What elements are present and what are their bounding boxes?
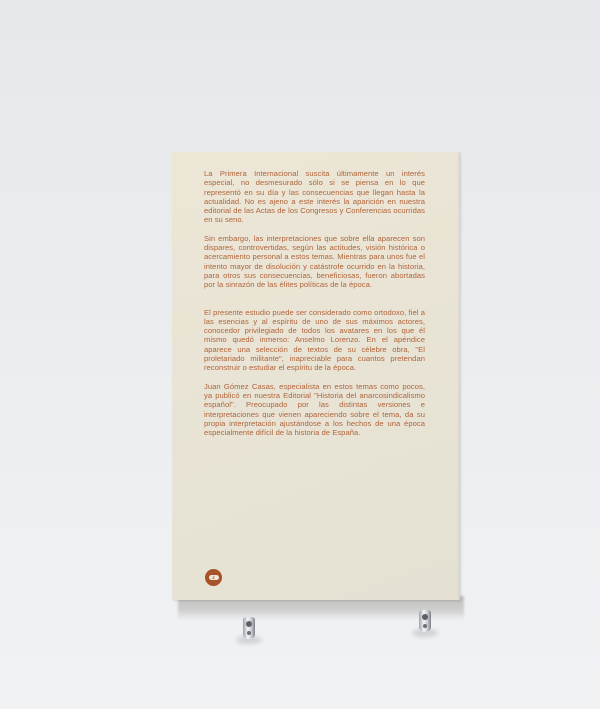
stand-clip-right — [419, 610, 431, 632]
back-cover-text: La Primera Internacional suscita últimam… — [204, 169, 425, 446]
paragraph-intro: La Primera Internacional suscita últimam… — [204, 169, 425, 225]
paragraph-interpretations: Sin embargo, las interpretaciones que so… — [204, 234, 425, 290]
stand-clip-left — [243, 617, 255, 639]
paragraph-author: Juan Gómez Casas, especialista en estos … — [204, 382, 425, 438]
publisher-logo-glyph: Z — [209, 575, 219, 580]
paragraph-study: El presente estudio puede ser considerad… — [204, 308, 425, 373]
publisher-logo-icon: Z — [205, 569, 222, 586]
book-back-cover: La Primera Internacional suscita últimam… — [172, 152, 460, 600]
